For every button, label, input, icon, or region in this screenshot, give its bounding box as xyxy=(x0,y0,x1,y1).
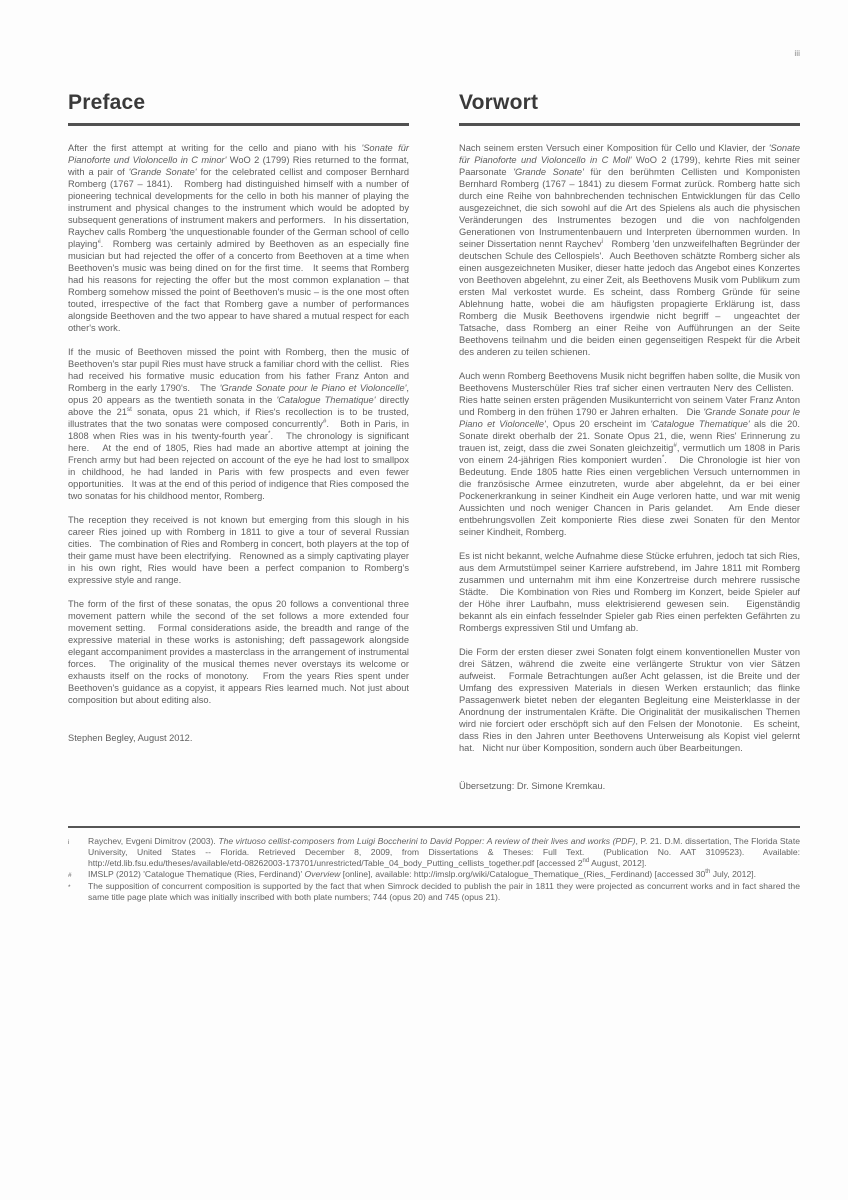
preface-paragraph-1: After the first attempt at writing for t… xyxy=(68,142,409,334)
footnote-2-text: IMSLP (2012) 'Catalogue Thematique (Ries… xyxy=(88,869,800,881)
footnote-1-text: Raychev, Evgeni Dimitrov (2003). The vir… xyxy=(88,836,800,869)
vorwort-heading: Vorwort xyxy=(459,91,800,126)
vorwort-paragraph-3: Es ist nicht bekannt, welche Aufnahme di… xyxy=(459,550,800,634)
footnote-1-marker: i xyxy=(68,836,88,869)
footnote-3-marker: * xyxy=(68,881,88,903)
preface-paragraph-4: The form of the first of these sonatas, … xyxy=(68,598,409,706)
footnote-2-marker: # xyxy=(68,869,88,881)
document-page: iii Preface After the first attempt at w… xyxy=(0,0,848,1200)
preface-heading: Preface xyxy=(68,91,409,126)
footnote-3: * The supposition of concurrent composit… xyxy=(68,881,800,903)
preface-signature: Stephen Begley, August 2012. xyxy=(68,732,409,744)
preface-column: Preface After the first attempt at writi… xyxy=(68,91,409,804)
vorwort-paragraph-1: Nach seinem ersten Versuch einer Komposi… xyxy=(459,142,800,358)
vorwort-column: Vorwort Nach seinem ersten Versuch einer… xyxy=(459,91,800,804)
vorwort-paragraph-2: Auch wenn Romberg Beethovens Musik nicht… xyxy=(459,370,800,538)
footnote-3-text: The supposition of concurrent compositio… xyxy=(88,881,800,903)
footnotes-section: i Raychev, Evgeni Dimitrov (2003). The v… xyxy=(68,826,800,903)
preface-paragraph-2: If the music of Beethoven missed the poi… xyxy=(68,346,409,502)
vorwort-signature: Übersetzung: Dr. Simone Kremkau. xyxy=(459,780,800,792)
page-number: iii xyxy=(68,48,800,59)
two-column-layout: Preface After the first attempt at writi… xyxy=(68,91,800,804)
footnote-2: # IMSLP (2012) 'Catalogue Thematique (Ri… xyxy=(68,869,800,881)
preface-paragraph-3: The reception they received is not known… xyxy=(68,514,409,586)
footnote-1: i Raychev, Evgeni Dimitrov (2003). The v… xyxy=(68,836,800,869)
vorwort-paragraph-4: Die Form der ersten dieser zwei Sonaten … xyxy=(459,646,800,754)
